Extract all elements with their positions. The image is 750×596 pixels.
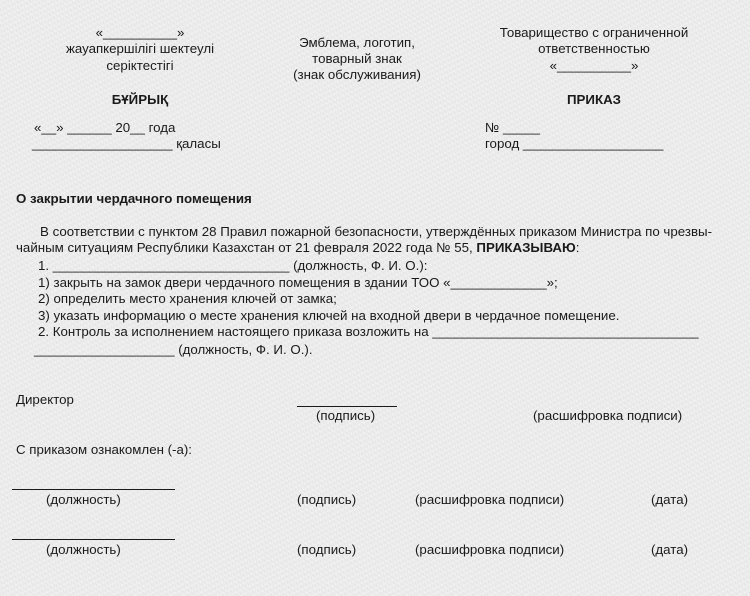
director-label: Директор bbox=[16, 392, 74, 408]
subitem-1: 1) закрыть на замок двери чердачного пом… bbox=[38, 275, 558, 291]
order-title-ru: ПРИКАЗ bbox=[474, 92, 714, 108]
emblem-line1: Эмблема, логотип, bbox=[257, 35, 457, 51]
order-keyword: ПРИКАЗЫВАЮ bbox=[476, 240, 575, 255]
date-caption: (дата) bbox=[651, 542, 688, 558]
order-number-line: № _____ bbox=[485, 120, 540, 136]
preamble-text: чайным ситуациям Республики Казахстан от… bbox=[16, 240, 476, 255]
company-type-ru-line2: ответственностью bbox=[474, 41, 714, 57]
position-line bbox=[12, 489, 175, 490]
decoding-caption: (расшифровка подписи) bbox=[533, 408, 682, 424]
signature-line bbox=[297, 406, 397, 407]
item-2-continuation: ___________________ (должность, Ф. И. О.… bbox=[34, 342, 313, 358]
order-subject: О закрытии чердачного помещения bbox=[16, 191, 252, 207]
item-1: 1. ________________________________ (дол… bbox=[38, 258, 427, 274]
decoding-caption: (расшифровка подписи) bbox=[415, 542, 564, 558]
order-date-line: «__» ______ 20__ года bbox=[34, 120, 175, 136]
subitem-3: 3) указать информацию о месте хранения к… bbox=[38, 308, 619, 324]
order-city-kz-line: ___________________ қаласы bbox=[32, 136, 221, 152]
company-type-kz-line2: серіктестігі bbox=[20, 58, 260, 74]
company-name-blank-ru: «__________» bbox=[474, 58, 714, 74]
position-caption: (должность) bbox=[46, 492, 121, 508]
acknowledgement-label: С приказом ознакомлен (-а): bbox=[16, 442, 192, 458]
preamble-line1: В соответствии с пунктом 28 Правил пожар… bbox=[40, 224, 712, 240]
signature-caption: (подпись) bbox=[316, 408, 375, 424]
emblem-line2: товарный знак bbox=[257, 51, 457, 67]
subitem-2: 2) определить место хранения ключей от з… bbox=[38, 291, 337, 307]
item-2: 2. Контроль за исполнением настоящего пр… bbox=[38, 324, 699, 340]
decoding-caption: (расшифровка подписи) bbox=[415, 492, 564, 508]
position-caption: (должность) bbox=[46, 542, 121, 558]
preamble-line2: чайным ситуациям Республики Казахстан от… bbox=[16, 240, 579, 256]
order-city-ru-line: город ___________________ bbox=[485, 136, 663, 152]
signature-caption: (подпись) bbox=[297, 492, 356, 508]
company-name-blank-kz: «__________» bbox=[40, 25, 240, 41]
emblem-line3: (знак обслуживания) bbox=[257, 67, 457, 83]
position-line bbox=[12, 539, 175, 540]
company-type-ru-line1: Товарищество с ограниченной bbox=[474, 25, 714, 41]
company-type-kz-line1: жауапкершілігі шектеулі bbox=[20, 41, 260, 57]
date-caption: (дата) bbox=[651, 492, 688, 508]
order-title-kz: БҰЙРЫҚ bbox=[40, 92, 240, 108]
signature-caption: (подпись) bbox=[297, 542, 356, 558]
preamble-colon: : bbox=[576, 240, 580, 255]
